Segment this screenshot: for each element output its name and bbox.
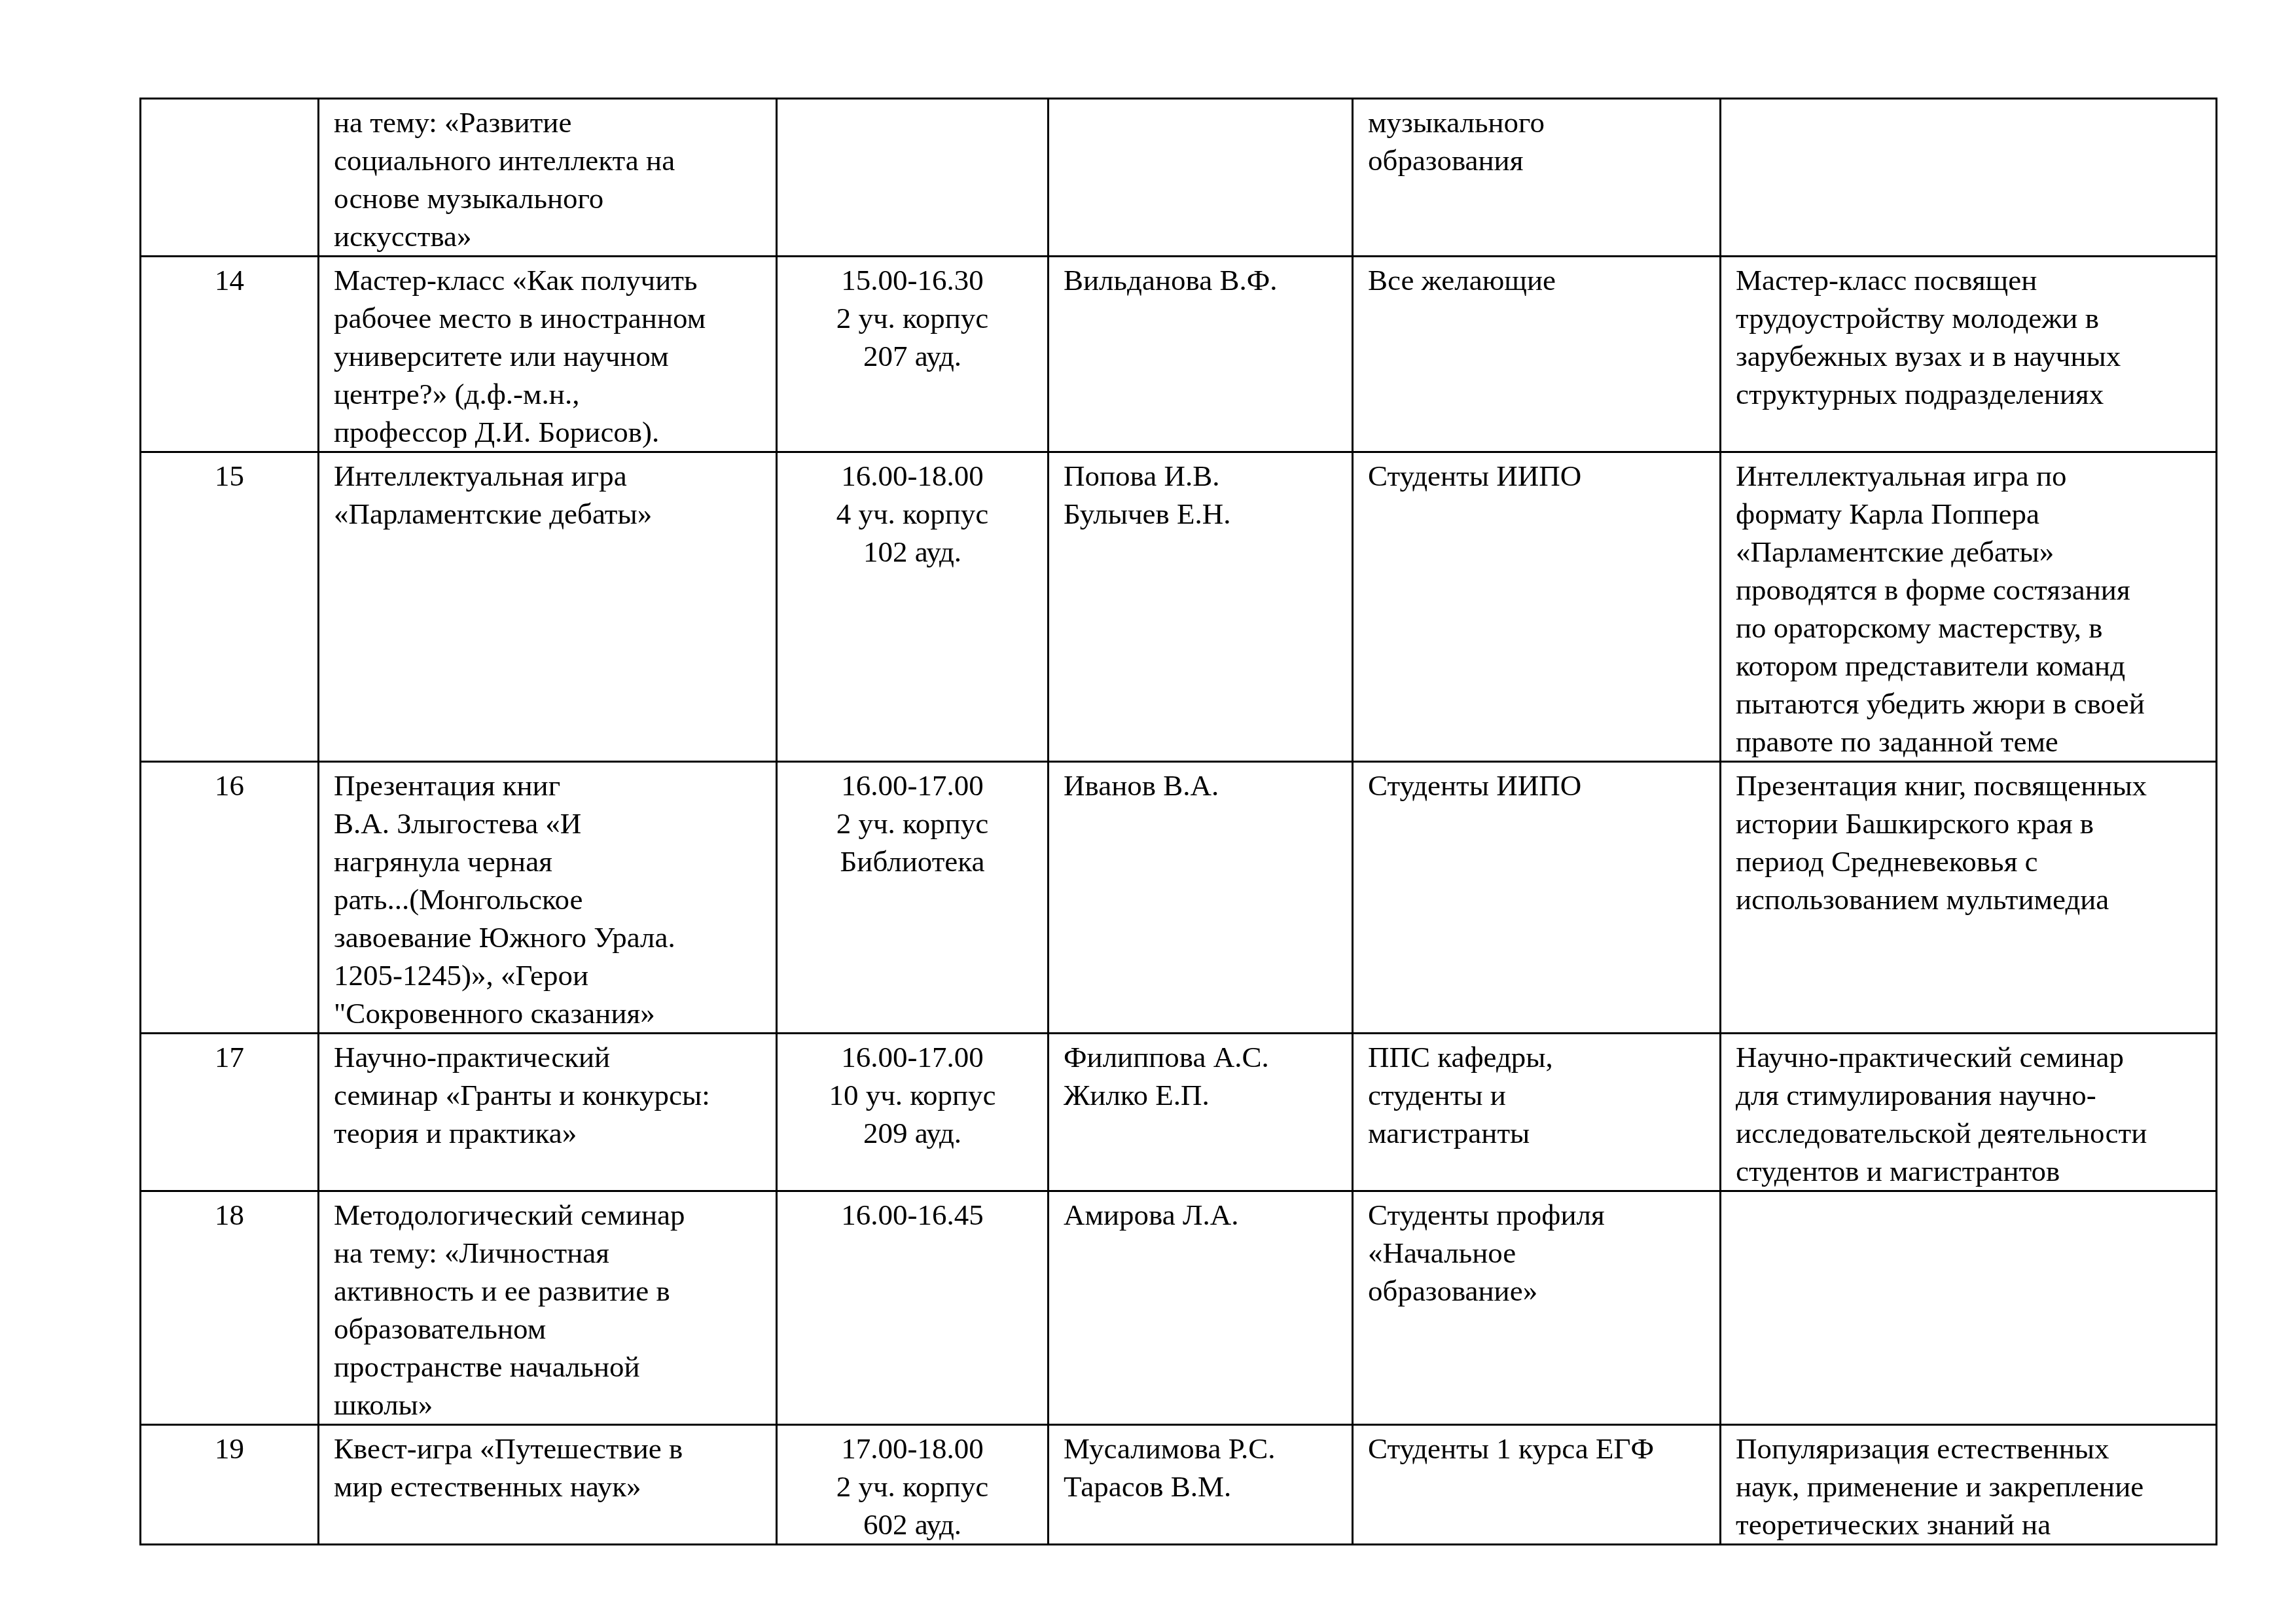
cell-text-line: Амирова Л.А. xyxy=(1064,1196,1337,1234)
cell-text-line: Иванов В.А. xyxy=(1064,767,1337,804)
table-row: 18Методологический семинарна тему: «Личн… xyxy=(141,1191,2217,1425)
table-row: на тему: «Развитиесоциального интеллекта… xyxy=(141,99,2217,257)
responsible-cell: Вильданова В.Ф. xyxy=(1049,257,1353,452)
cell-text-line: 602 ауд. xyxy=(792,1506,1033,1543)
event-name-cell: Методологический семинарна тему: «Личнос… xyxy=(319,1191,777,1425)
table-row: 19Квест-игра «Путешествие вмир естествен… xyxy=(141,1425,2217,1545)
responsible-cell xyxy=(1049,99,1353,257)
cell-text-line: завоевание Южного Урала. xyxy=(334,918,761,956)
cell-text-line: мир естественных наук» xyxy=(334,1468,761,1506)
row-number-cell: 14 xyxy=(141,257,319,452)
cell-text-line: котором представители команд xyxy=(1736,647,2201,685)
participants-cell: Студенты ИИПО xyxy=(1353,452,1721,762)
time-place-cell: 17.00-18.002 уч. корпус602 ауд. xyxy=(777,1425,1049,1545)
cell-text-line: профессор Д.И. Борисов). xyxy=(334,413,761,451)
cell-text-line: 10 уч. корпус xyxy=(792,1076,1033,1114)
table-row: 16Презентация книгВ.А. Злыгостева «Инагр… xyxy=(141,762,2217,1034)
cell-text-line: основе музыкального xyxy=(334,179,761,217)
cell-text-line: 209 ауд. xyxy=(792,1114,1033,1152)
cell-text-line: музыкального xyxy=(1368,103,1705,141)
participants-cell: ППС кафедры,студенты имагистранты xyxy=(1353,1034,1721,1191)
cell-text-line: период Средневековья с xyxy=(1736,842,2201,880)
event-name-cell: Презентация книгВ.А. Злыгостева «Инагрян… xyxy=(319,762,777,1034)
row-number-cell: 19 xyxy=(141,1425,319,1545)
cell-text-line: формату Карла Поппера xyxy=(1736,495,2201,533)
cell-text-line: Студенты профиля xyxy=(1368,1196,1705,1234)
cell-text-line: нагрянула черная xyxy=(334,842,761,880)
cell-text: 15 xyxy=(156,457,303,495)
cell-text-line: 15.00-16.30 xyxy=(792,261,1033,299)
cell-text-line: Презентация книг xyxy=(334,767,761,804)
cell-text-line: образовательном xyxy=(334,1310,761,1348)
cell-text-line: Интеллектуальная игра xyxy=(334,457,761,495)
cell-text-line: образование» xyxy=(1368,1272,1705,1310)
table-row: 14Мастер-класс «Как получитьрабочее мест… xyxy=(141,257,2217,452)
cell-text-line: активность и ее развитие в xyxy=(334,1272,761,1310)
cell-text-line: центре?» (д.ф.-м.н., xyxy=(334,375,761,413)
cell-text-line: Булычев Е.Н. xyxy=(1064,495,1337,533)
event-name-cell: на тему: «Развитиесоциального интеллекта… xyxy=(319,99,777,257)
cell-text-line: образования xyxy=(1368,141,1705,179)
cell-text: 18 xyxy=(156,1196,303,1234)
cell-text-line: Популяризация естественных xyxy=(1736,1430,2201,1468)
description-cell: Интеллектуальная игра поформату Карла По… xyxy=(1721,452,2217,762)
time-place-cell: 16.00-16.45 xyxy=(777,1191,1049,1425)
event-name-cell: Научно-практическийсеминар «Гранты и кон… xyxy=(319,1034,777,1191)
cell-text-line: Научно-практический xyxy=(334,1038,761,1076)
cell-text-line: 16.00-18.00 xyxy=(792,457,1033,495)
cell-text-line: Студенты ИИПО xyxy=(1368,457,1705,495)
cell-text-line: искусства» xyxy=(334,217,761,255)
cell-text-line: структурных подразделениях xyxy=(1736,375,2201,413)
event-name-cell: Интеллектуальная игра«Парламентские деба… xyxy=(319,452,777,762)
schedule-body: на тему: «Развитиесоциального интеллекта… xyxy=(141,99,2217,1545)
responsible-cell: Мусалимова Р.С.Тарасов В.М. xyxy=(1049,1425,1353,1545)
cell-text-line: 207 ауд. xyxy=(792,337,1033,375)
cell-text-line: школы» xyxy=(334,1386,761,1424)
cell-text-line: для стимулирования научно- xyxy=(1736,1076,2201,1114)
cell-text-line: Все желающие xyxy=(1368,261,1705,299)
cell-text-line: использованием мультимедиа xyxy=(1736,880,2201,918)
event-name-cell: Квест-игра «Путешествие вмир естественны… xyxy=(319,1425,777,1545)
participants-cell: Студенты профиля«Начальноеобразование» xyxy=(1353,1191,1721,1425)
cell-text-line: теория и практика» xyxy=(334,1114,761,1152)
time-place-cell: 16.00-17.002 уч. корпусБиблиотека xyxy=(777,762,1049,1034)
events-schedule-table: на тему: «Развитиесоциального интеллекта… xyxy=(139,98,2217,1545)
description-cell: Научно-практический семинардля стимулиро… xyxy=(1721,1034,2217,1191)
description-cell xyxy=(1721,1191,2217,1425)
cell-text-line: ППС кафедры, xyxy=(1368,1038,1705,1076)
cell-text-line: Научно-практический семинар xyxy=(1736,1038,2201,1076)
cell-text-line: 17.00-18.00 xyxy=(792,1430,1033,1468)
cell-text-line: пространстве начальной xyxy=(334,1348,761,1386)
cell-text-line: Попова И.В. xyxy=(1064,457,1337,495)
cell-text-line: на тему: «Развитие xyxy=(334,103,761,141)
responsible-cell: Иванов В.А. xyxy=(1049,762,1353,1034)
cell-text-line: Филиппова А.С. xyxy=(1064,1038,1337,1076)
table-row: 17Научно-практическийсеминар «Гранты и к… xyxy=(141,1034,2217,1191)
cell-text-line: Презентация книг, посвященных xyxy=(1736,767,2201,804)
cell-text-line: Жилко Е.П. xyxy=(1064,1076,1337,1114)
participants-cell: Студенты 1 курса ЕГФ xyxy=(1353,1425,1721,1545)
event-name-cell: Мастер-класс «Как получитьрабочее место … xyxy=(319,257,777,452)
cell-text: 19 xyxy=(156,1430,303,1468)
cell-text-line: Студенты 1 курса ЕГФ xyxy=(1368,1430,1705,1468)
time-place-cell xyxy=(777,99,1049,257)
cell-text-line: 2 уч. корпус xyxy=(792,1468,1033,1506)
description-cell xyxy=(1721,99,2217,257)
cell-text-line: 1205-1245)», «Герои xyxy=(334,956,761,994)
cell-text-line: 16.00-17.00 xyxy=(792,1038,1033,1076)
cell-text-line: рабочее место в иностранном xyxy=(334,299,761,337)
cell-text-line: Мастер-класс посвящен xyxy=(1736,261,2201,299)
cell-text-line: семинар «Гранты и конкурсы: xyxy=(334,1076,761,1114)
cell-text-line: Интеллектуальная игра по xyxy=(1736,457,2201,495)
description-cell: Популяризация естественныхнаук, применен… xyxy=(1721,1425,2217,1545)
cell-text-line: «Парламентские дебаты» xyxy=(1736,533,2201,571)
cell-text-line: «Парламентские дебаты» xyxy=(334,495,761,533)
cell-text-line: "Сокровенного сказания» xyxy=(334,994,761,1032)
cell-text-line: «Начальное xyxy=(1368,1234,1705,1272)
cell-text-line: Мастер-класс «Как получить xyxy=(334,261,761,299)
cell-text: 16 xyxy=(156,767,303,804)
cell-text-line: теоретических знаний на xyxy=(1736,1506,2201,1543)
cell-text-line: пытаются убедить жюри в своей xyxy=(1736,685,2201,723)
cell-text-line: по ораторскому мастерству, в xyxy=(1736,609,2201,647)
participants-cell: Все желающие xyxy=(1353,257,1721,452)
responsible-cell: Амирова Л.А. xyxy=(1049,1191,1353,1425)
cell-text-line: магистранты xyxy=(1368,1114,1705,1152)
cell-text-line: трудоустройству молодежи в xyxy=(1736,299,2201,337)
responsible-cell: Филиппова А.С.Жилко Е.П. xyxy=(1049,1034,1353,1191)
cell-text-line: истории Башкирского края в xyxy=(1736,804,2201,842)
participants-cell: Студенты ИИПО xyxy=(1353,762,1721,1034)
cell-text-line: проводятся в форме состязания xyxy=(1736,571,2201,609)
cell-text-line: Библиотека xyxy=(792,842,1033,880)
cell-text-line: исследовательской деятельности xyxy=(1736,1114,2201,1152)
table-row: 15Интеллектуальная игра«Парламентские де… xyxy=(141,452,2217,762)
time-place-cell: 16.00-17.0010 уч. корпус209 ауд. xyxy=(777,1034,1049,1191)
cell-text-line: 16.00-17.00 xyxy=(792,767,1033,804)
cell-text: 17 xyxy=(156,1038,303,1076)
cell-text-line: 16.00-16.45 xyxy=(792,1196,1033,1234)
cell-text-line: студентов и магистрантов xyxy=(1736,1152,2201,1190)
row-number-cell: 17 xyxy=(141,1034,319,1191)
cell-text-line: наук, применение и закрепление xyxy=(1736,1468,2201,1506)
row-number-cell xyxy=(141,99,319,257)
cell-text-line: зарубежных вузах и в научных xyxy=(1736,337,2201,375)
row-number-cell: 15 xyxy=(141,452,319,762)
cell-text-line: рать...(Монгольское xyxy=(334,880,761,918)
cell-text-line: университете или научном xyxy=(334,337,761,375)
time-place-cell: 15.00-16.302 уч. корпус207 ауд. xyxy=(777,257,1049,452)
cell-text-line: студенты и xyxy=(1368,1076,1705,1114)
responsible-cell: Попова И.В.Булычев Е.Н. xyxy=(1049,452,1353,762)
cell-text-line: Тарасов В.М. xyxy=(1064,1468,1337,1506)
cell-text-line: социального интеллекта на xyxy=(334,141,761,179)
cell-text-line: 102 ауд. xyxy=(792,533,1033,571)
cell-text-line: В.А. Злыгостева «И xyxy=(334,804,761,842)
cell-text-line: Студенты ИИПО xyxy=(1368,767,1705,804)
cell-text-line: Мусалимова Р.С. xyxy=(1064,1430,1337,1468)
row-number-cell: 16 xyxy=(141,762,319,1034)
cell-text-line: на тему: «Личностная xyxy=(334,1234,761,1272)
cell-text-line: Вильданова В.Ф. xyxy=(1064,261,1337,299)
cell-text-line: правоте по заданной теме xyxy=(1736,723,2201,761)
cell-text-line: 2 уч. корпус xyxy=(792,804,1033,842)
cell-text: 14 xyxy=(156,261,303,299)
cell-text-line: 2 уч. корпус xyxy=(792,299,1033,337)
cell-text-line: 4 уч. корпус xyxy=(792,495,1033,533)
row-number-cell: 18 xyxy=(141,1191,319,1425)
cell-text-line: Методологический семинар xyxy=(334,1196,761,1234)
description-cell: Мастер-класс посвящентрудоустройству мол… xyxy=(1721,257,2217,452)
description-cell: Презентация книг, посвященныхистории Баш… xyxy=(1721,762,2217,1034)
participants-cell: музыкальногообразования xyxy=(1353,99,1721,257)
time-place-cell: 16.00-18.004 уч. корпус102 ауд. xyxy=(777,452,1049,762)
cell-text-line: Квест-игра «Путешествие в xyxy=(334,1430,761,1468)
